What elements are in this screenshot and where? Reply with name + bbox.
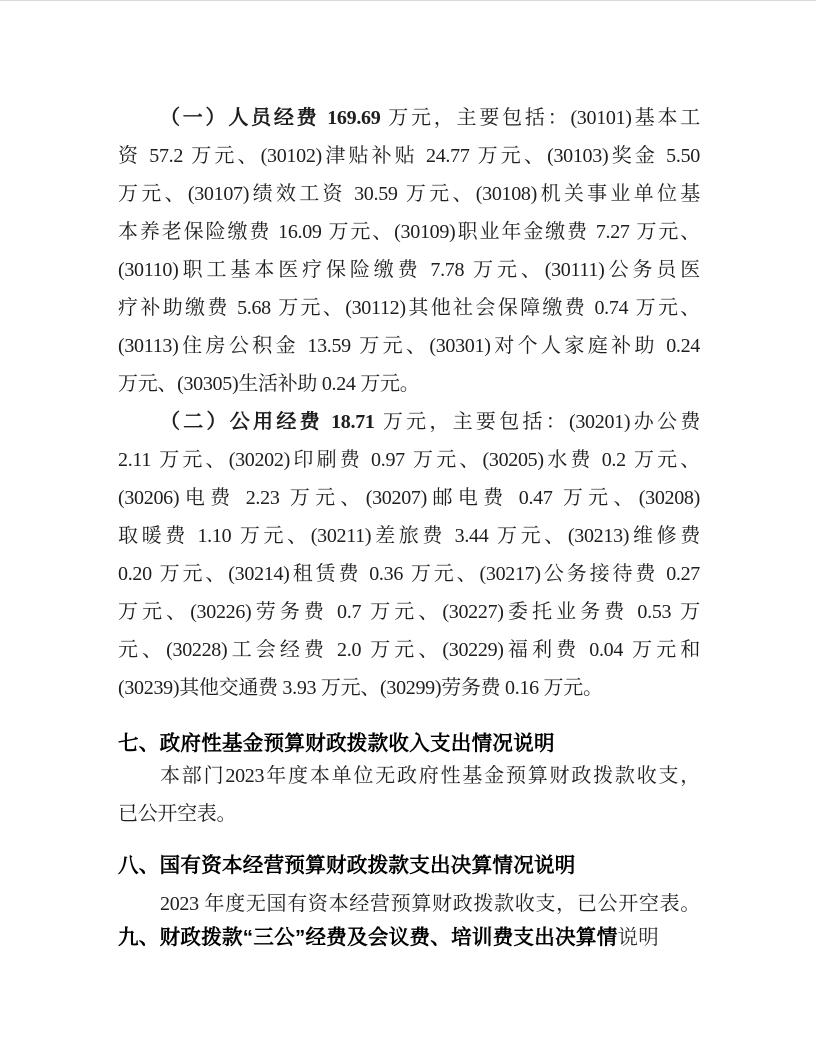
para2-line-3: (30206)电费 2.23 万元、(30207)邮电费 0.47 万元、(30… [118,479,700,517]
section-7-body-line-1: 本部门2023年度本单位无政府性基金预算财政拨款收支， [118,757,700,795]
section-9-heading-tail: 说明 [618,926,660,949]
para-personnel-funds: （一）人员经费 169.69 万元，主要包括：(30101)基本工 资 57.2… [118,99,700,403]
para2-lead-bold: （二）公用经费 18.71 [160,411,383,433]
para1-line-6: 疗补助缴费 5.68 万元、(30112)其他社会保障缴费 0.74 万元、 [118,289,700,327]
document-page: （一）人员经费 169.69 万元，主要包括：(30101)基本工 资 57.2… [0,0,816,1056]
section-8: 八、国有资本经营预算财政拨款支出决算情况说明 2023 年度无国有资本经营预算财… [118,847,700,923]
section-9-heading: 九、财政拨款“三公”经费及会议费、培训费支出决算情说明 [118,919,700,957]
para2-lead-rest: 万元，主要包括：(30201)办公费 [383,411,700,433]
para1-line-3: 万元、(30107)绩效工资 30.59 万元、(30108)机关事业单位基 [118,175,700,213]
para2-line-2: 2.11 万元、(30202)印刷费 0.97 万元、(30205)水费 0.2… [118,441,700,479]
para-public-funds: （二）公用经费 18.71 万元，主要包括：(30201)办公费 2.11 万元… [118,403,700,707]
para2-line-1: （二）公用经费 18.71 万元，主要包括：(30201)办公费 [118,403,700,441]
para2-line-4: 取暖费 1.10 万元、(30211)差旅费 3.44 万元、(30213)维修… [118,517,700,555]
section-8-heading: 八、国有资本经营预算财政拨款支出决算情况说明 [118,847,700,885]
section-7: 七、政府性基金预算财政拨款收入支出情况说明 本部门2023年度本单位无政府性基金… [118,725,700,833]
para2-line-6: 万元、(30226)劳务费 0.7 万元、(30227)委托业务费 0.53 万 [118,593,700,631]
para1-line-7: (30113)住房公积金 13.59 万元、(30301)对个人家庭补助 0.2… [118,327,700,365]
para1-line-8: 万元、(30305)生活补助 0.24 万元。 [118,365,700,403]
para1-line-1: （一）人员经费 169.69 万元，主要包括：(30101)基本工 [118,99,700,137]
section-9: 九、财政拨款“三公”经费及会议费、培训费支出决算情说明 [118,919,700,957]
para1-lead-bold: （一）人员经费 169.69 [160,107,388,129]
para1-lead-rest: 万元，主要包括：(30101)基本工 [388,107,700,129]
para1-line-4: 本养老保险缴费 16.09 万元、(30109)职业年金缴费 7.27 万元、 [118,213,700,251]
section-9-heading-bold: 九、财政拨款“三公”经费及会议费、培训费支出决算情 [118,926,618,949]
para1-line-5: (30110)职工基本医疗保险缴费 7.78 万元、(30111)公务员医 [118,251,700,289]
para1-line-2: 资 57.2 万元、(30102)津贴补贴 24.77 万元、(30103)奖金… [118,137,700,175]
section-8-body-line-1: 2023 年度无国有资本经营预算财政拨款收支，已公开空表。 [118,885,700,923]
para2-line-5: 0.20 万元、(30214)租赁费 0.36 万元、(30217)公务接待费 … [118,555,700,593]
para2-line-7: 元、(30228)工会经费 2.0 万元、(30229)福利费 0.04 万元和 [118,631,700,669]
para2-line-8: (30239)其他交通费 3.93 万元、(30299)劳务费 0.16 万元。 [118,669,700,707]
section-7-body-line-2: 已公开空表。 [118,795,700,833]
